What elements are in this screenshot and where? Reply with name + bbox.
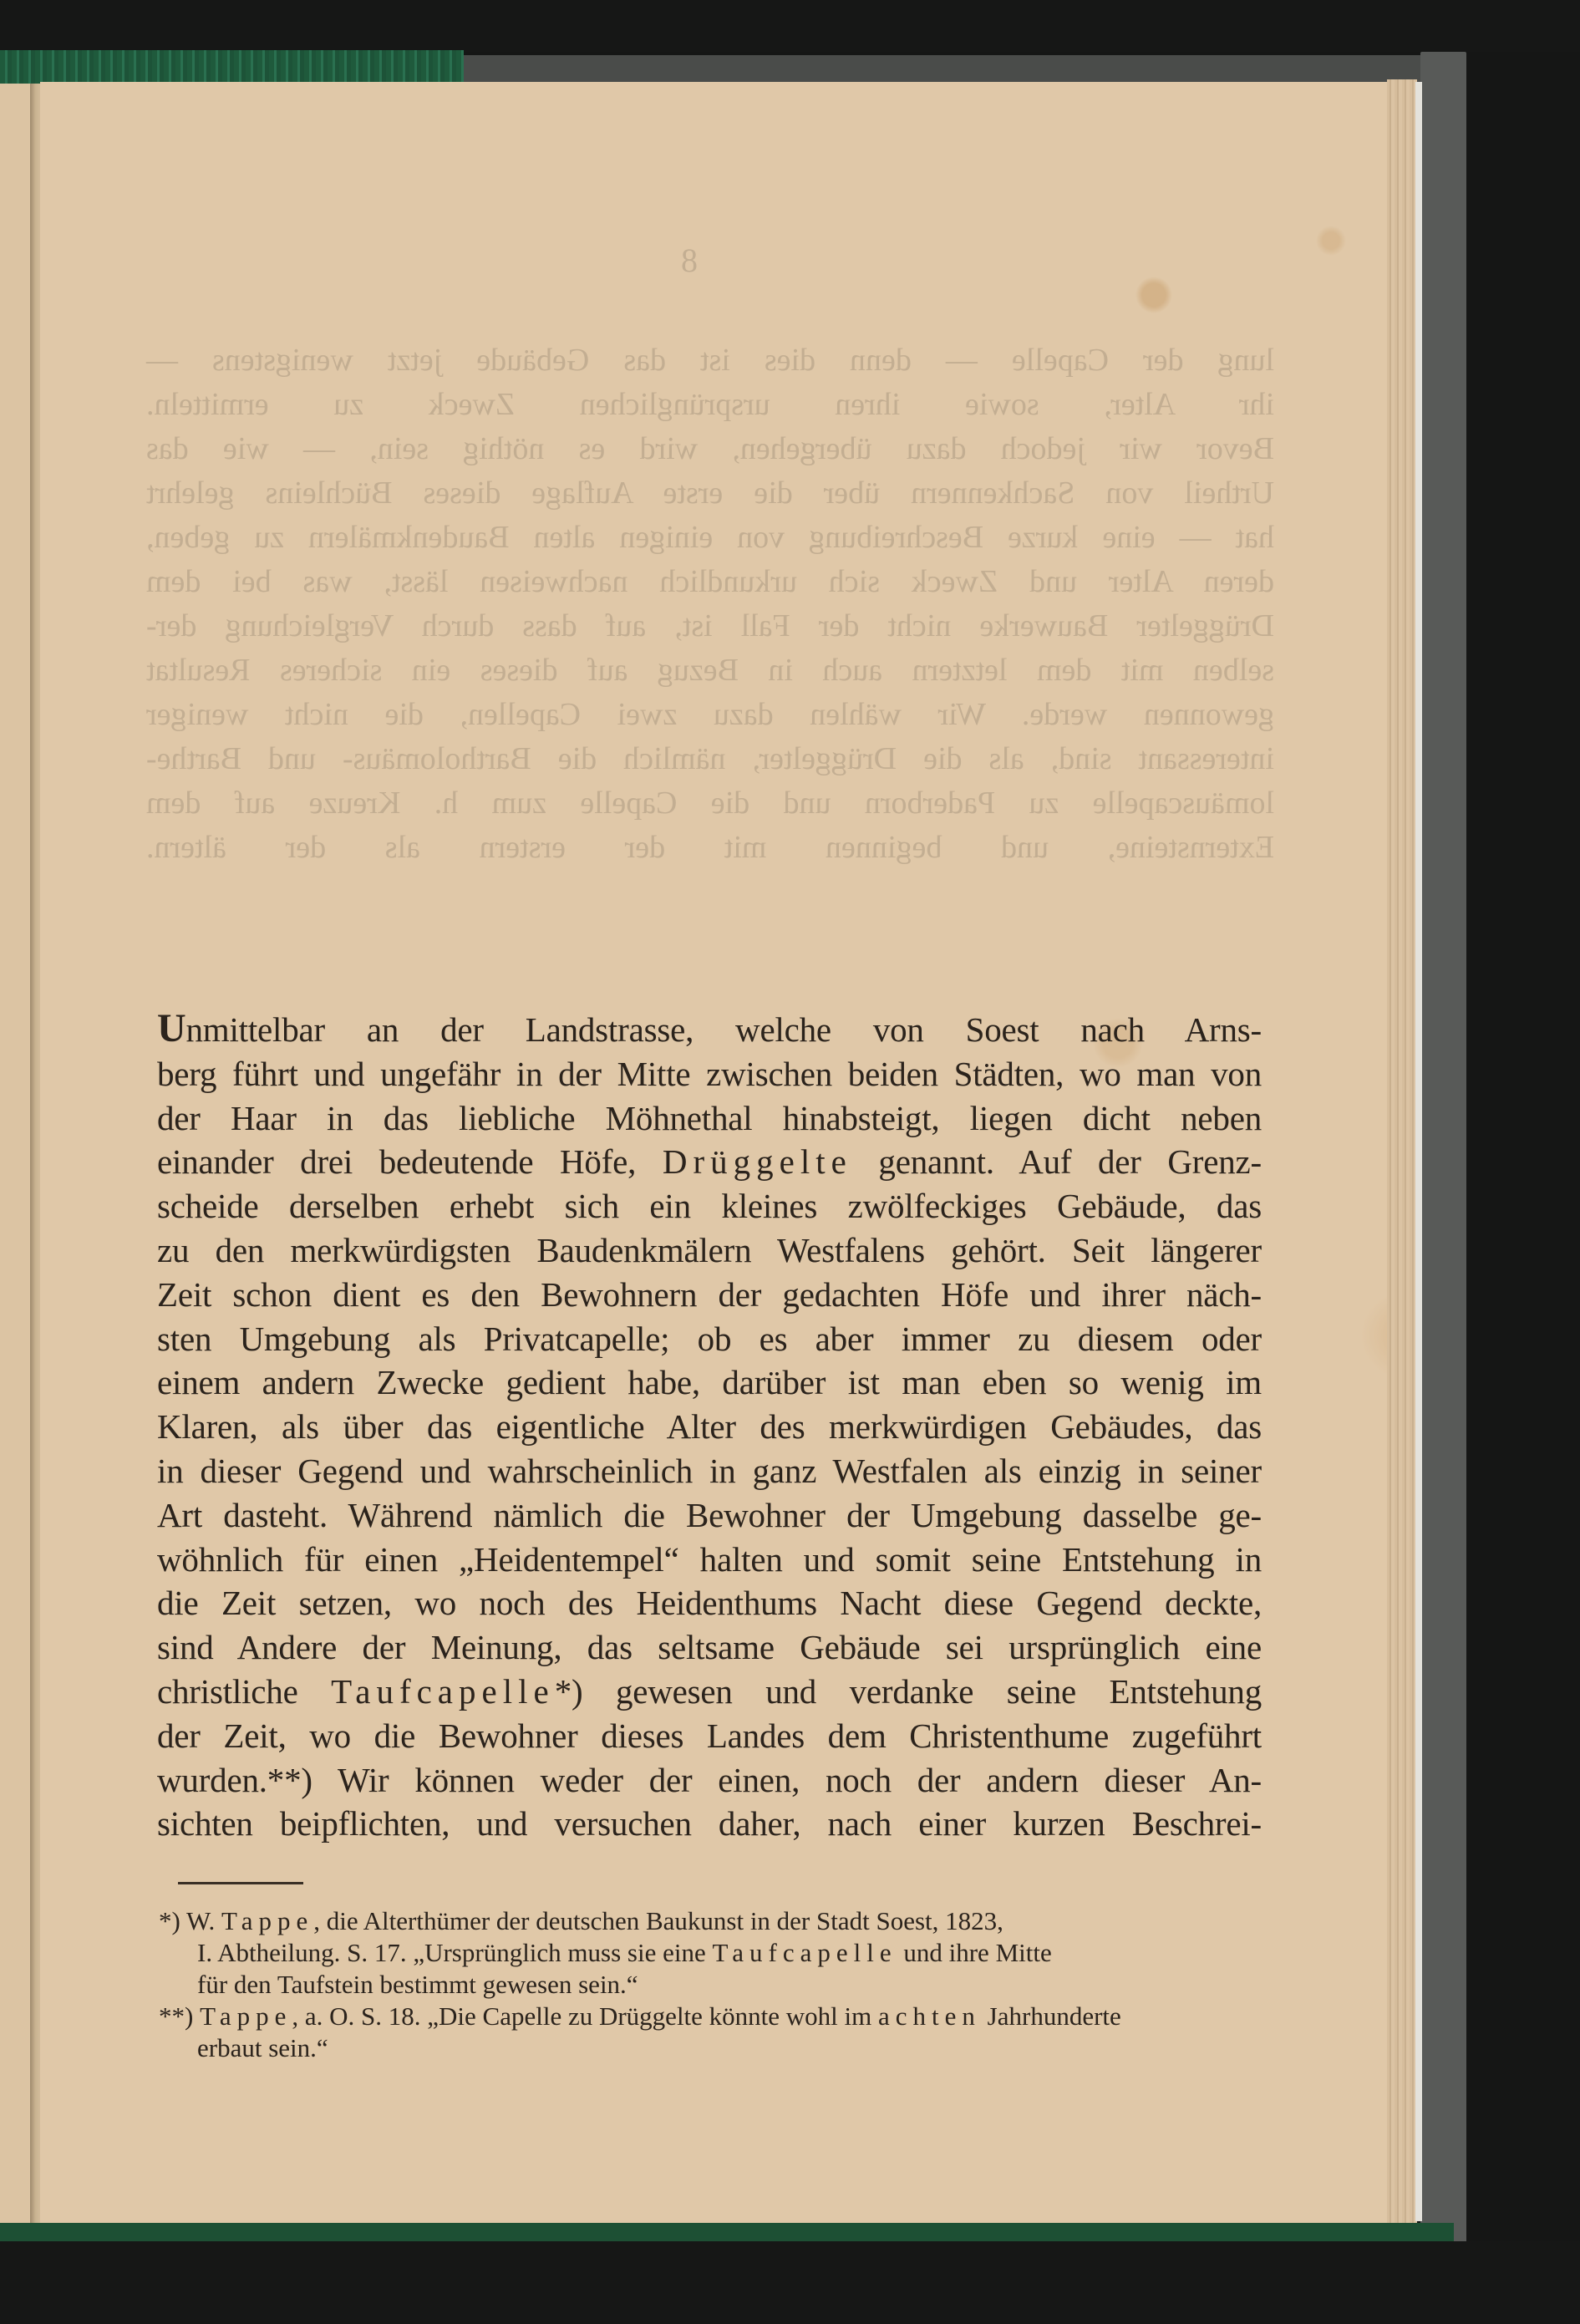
- author-tappe: Tappe: [221, 1906, 313, 1935]
- book-board-right: [1420, 52, 1466, 2258]
- term-taufcapelle: Taufcapelle: [713, 1938, 897, 1967]
- bleed-line: Bevor wir jedoch dazu übergehen, wird es…: [146, 427, 1274, 471]
- bleed-through-text: 8 lung der Capelle — denn dies ist das G…: [146, 338, 1274, 870]
- facing-page-edge: [0, 84, 30, 2223]
- book-spine-cloth-bottom: [0, 2223, 1454, 2241]
- bleed-line: Externsteine, und beginnen mit der erste…: [146, 826, 1274, 870]
- drop-cap: U: [157, 1006, 185, 1050]
- page-gutter: [30, 84, 40, 2223]
- body-line: christliche Taufcapelle*) gewesen und ve…: [157, 1670, 1262, 1714]
- term-taufcapelle: Taufcapelle: [331, 1672, 555, 1711]
- term-achten: achten: [878, 2001, 981, 2031]
- body-paragraph: Unmittelbar an der Landstrasse, welche v…: [157, 1007, 1262, 1846]
- bleed-line: selben mit dem letztern auch in Bezug au…: [146, 648, 1274, 693]
- body-line: Zeit schon dient es den Bewohnern der ge…: [157, 1273, 1262, 1317]
- footnote-marker: **): [159, 2001, 193, 2031]
- body-line: zu den merkwürdigsten Baudenkmälern West…: [157, 1228, 1262, 1273]
- body-line: Klaren, als über das eigentliche Alter d…: [157, 1405, 1262, 1449]
- footnote-1: *) W. Tappe, die Alterthümer der deutsch…: [159, 1905, 1266, 2001]
- footnote-line: erbaut sein.“: [159, 2032, 1266, 2064]
- book-board-top: [464, 55, 1458, 82]
- page-edge-highlight: [1415, 82, 1422, 2221]
- footnote-line: für den Taufstein bestimmt gewesen sein.…: [159, 1969, 1266, 2001]
- bleed-line: gewonnen werde. Wir wählen dazu zwei Cap…: [146, 693, 1274, 737]
- bleed-line: Urtheil von Sachkennern über die erste A…: [146, 471, 1274, 516]
- body-line: Art dasteht. Während nämlich die Bewohne…: [157, 1493, 1262, 1538]
- body-line: wöhnlich für einen „Heidentempel“ halten…: [157, 1538, 1262, 1582]
- scan-background-top: [0, 0, 1580, 52]
- place-name-druggelte: Drüggelte: [663, 1142, 852, 1181]
- book-spine-cloth: [0, 50, 464, 84]
- footnote-marker: *): [159, 1906, 180, 1935]
- bleed-line: hat — eine kurze Beschreibung von einige…: [146, 516, 1274, 560]
- body-line: scheide derselben erhebt sich ein kleine…: [157, 1184, 1262, 1228]
- footnote-line: *) W. Tappe, die Alterthümer der deutsch…: [159, 1905, 1266, 1937]
- bleed-line: ihr Alter, sowie ihren ursprünglichen Zw…: [146, 383, 1274, 427]
- bleed-page-number: 8: [681, 238, 698, 282]
- body-line: sind Andere der Meinung, das seltsame Ge…: [157, 1625, 1262, 1670]
- bleed-line: interessant sind, als die Drüggelter, nä…: [146, 737, 1274, 781]
- body-line: der Haar in das liebliche Möhnethal hina…: [157, 1096, 1262, 1141]
- footnote-separator: [178, 1882, 303, 1884]
- scan-background-bottom: [0, 2241, 1580, 2324]
- body-line: in dieser Gegend und wahrscheinlich in g…: [157, 1449, 1262, 1493]
- body-line: sichten beipflichten, und versuchen dahe…: [157, 1802, 1262, 1846]
- body-line: einem andern Zwecke gedient habe, darübe…: [157, 1360, 1262, 1405]
- bleed-line: deren Alter und Zweck sich urkundlich na…: [146, 560, 1274, 604]
- bleed-line: Drüggelter Bauwerke nicht der Fall ist, …: [146, 604, 1274, 648]
- body-line: Unmittelbar an der Landstrasse, welche v…: [157, 1007, 1262, 1052]
- footnote-line: **) Tappe, a. O. S. 18. „Die Capelle zu …: [159, 2001, 1266, 2032]
- bleed-line: lung der Capelle — denn dies ist das Geb…: [146, 338, 1274, 383]
- body-line: die Zeit setzen, wo noch des Heidenthums…: [157, 1581, 1262, 1625]
- body-line: sten Umgebung als Privatcapelle; ob es a…: [157, 1317, 1262, 1361]
- page-fore-edge: [1387, 79, 1417, 2227]
- body-line: berg führt und ungefähr in der Mitte zwi…: [157, 1052, 1262, 1096]
- author-tappe: Tappe: [200, 2001, 292, 2031]
- body-line: einander drei bedeutende Höfe, Drüggelte…: [157, 1140, 1262, 1184]
- footnote-2: **) Tappe, a. O. S. 18. „Die Capelle zu …: [159, 2001, 1266, 2064]
- footnotes: *) W. Tappe, die Alterthümer der deutsch…: [159, 1905, 1266, 2064]
- body-line: der Zeit, wo die Bewohner dieses Landes …: [157, 1714, 1262, 1758]
- footnote-line: I. Abtheilung. S. 17. „Ursprünglich muss…: [159, 1937, 1266, 1969]
- body-line: wurden.**) Wir können weder der einen, n…: [157, 1758, 1262, 1803]
- bleed-line: lomäuscapelle zu Paderborn und die Capel…: [146, 781, 1274, 826]
